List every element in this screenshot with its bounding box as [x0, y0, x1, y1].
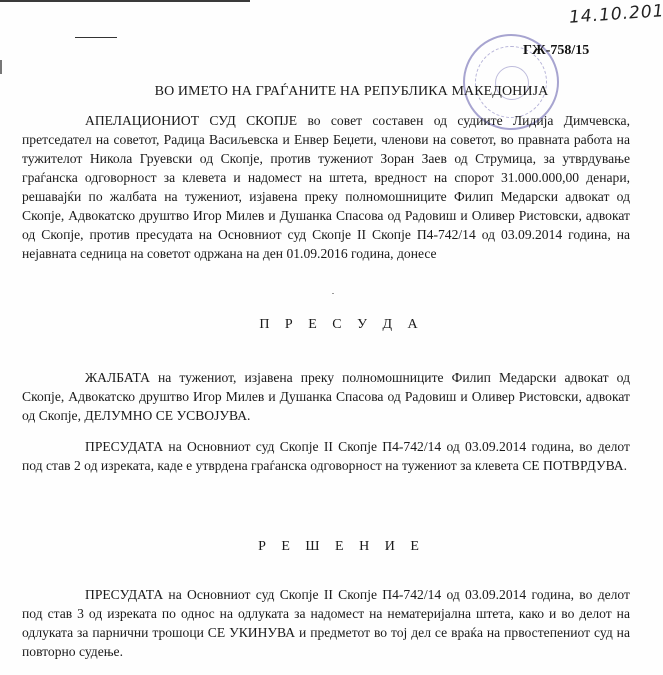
intro-paragraph: АПЕЛАЦИОНИОТ СУД СКОПЈЕ во совет составе…	[22, 111, 630, 263]
handwritten-date: 14.10.2016	[568, 0, 663, 27]
scan-speck	[332, 293, 334, 294]
scan-mark	[75, 37, 117, 38]
verdict-confirm-paragraph: ПРЕСУДАТА на Основниот суд Скопје II Ско…	[22, 437, 630, 475]
document-page: 14.10.2016 ГЖ-758/15 ВО ИМЕТО НА ГРАЃАНИ…	[0, 0, 663, 675]
verdict-appeal-paragraph: ЖАЛБАТА на тужениот, изјавена преку полн…	[22, 368, 630, 425]
document-heading: ВО ИМЕТО НА ГРАЃАНИТЕ НА РЕПУБЛИКА МАКЕД…	[0, 84, 663, 100]
scan-mark-left	[0, 60, 2, 74]
decision-section-title: Р Е Ш Е Н И Е	[0, 539, 663, 555]
verdict-section-title: П Р Е С У Д А	[0, 317, 663, 333]
scan-edge-shadow	[0, 0, 250, 2]
case-number: ГЖ-758/15	[523, 43, 589, 59]
decision-annul-paragraph: ПРЕСУДАТА на Основниот суд Скопје II Ско…	[22, 585, 630, 661]
